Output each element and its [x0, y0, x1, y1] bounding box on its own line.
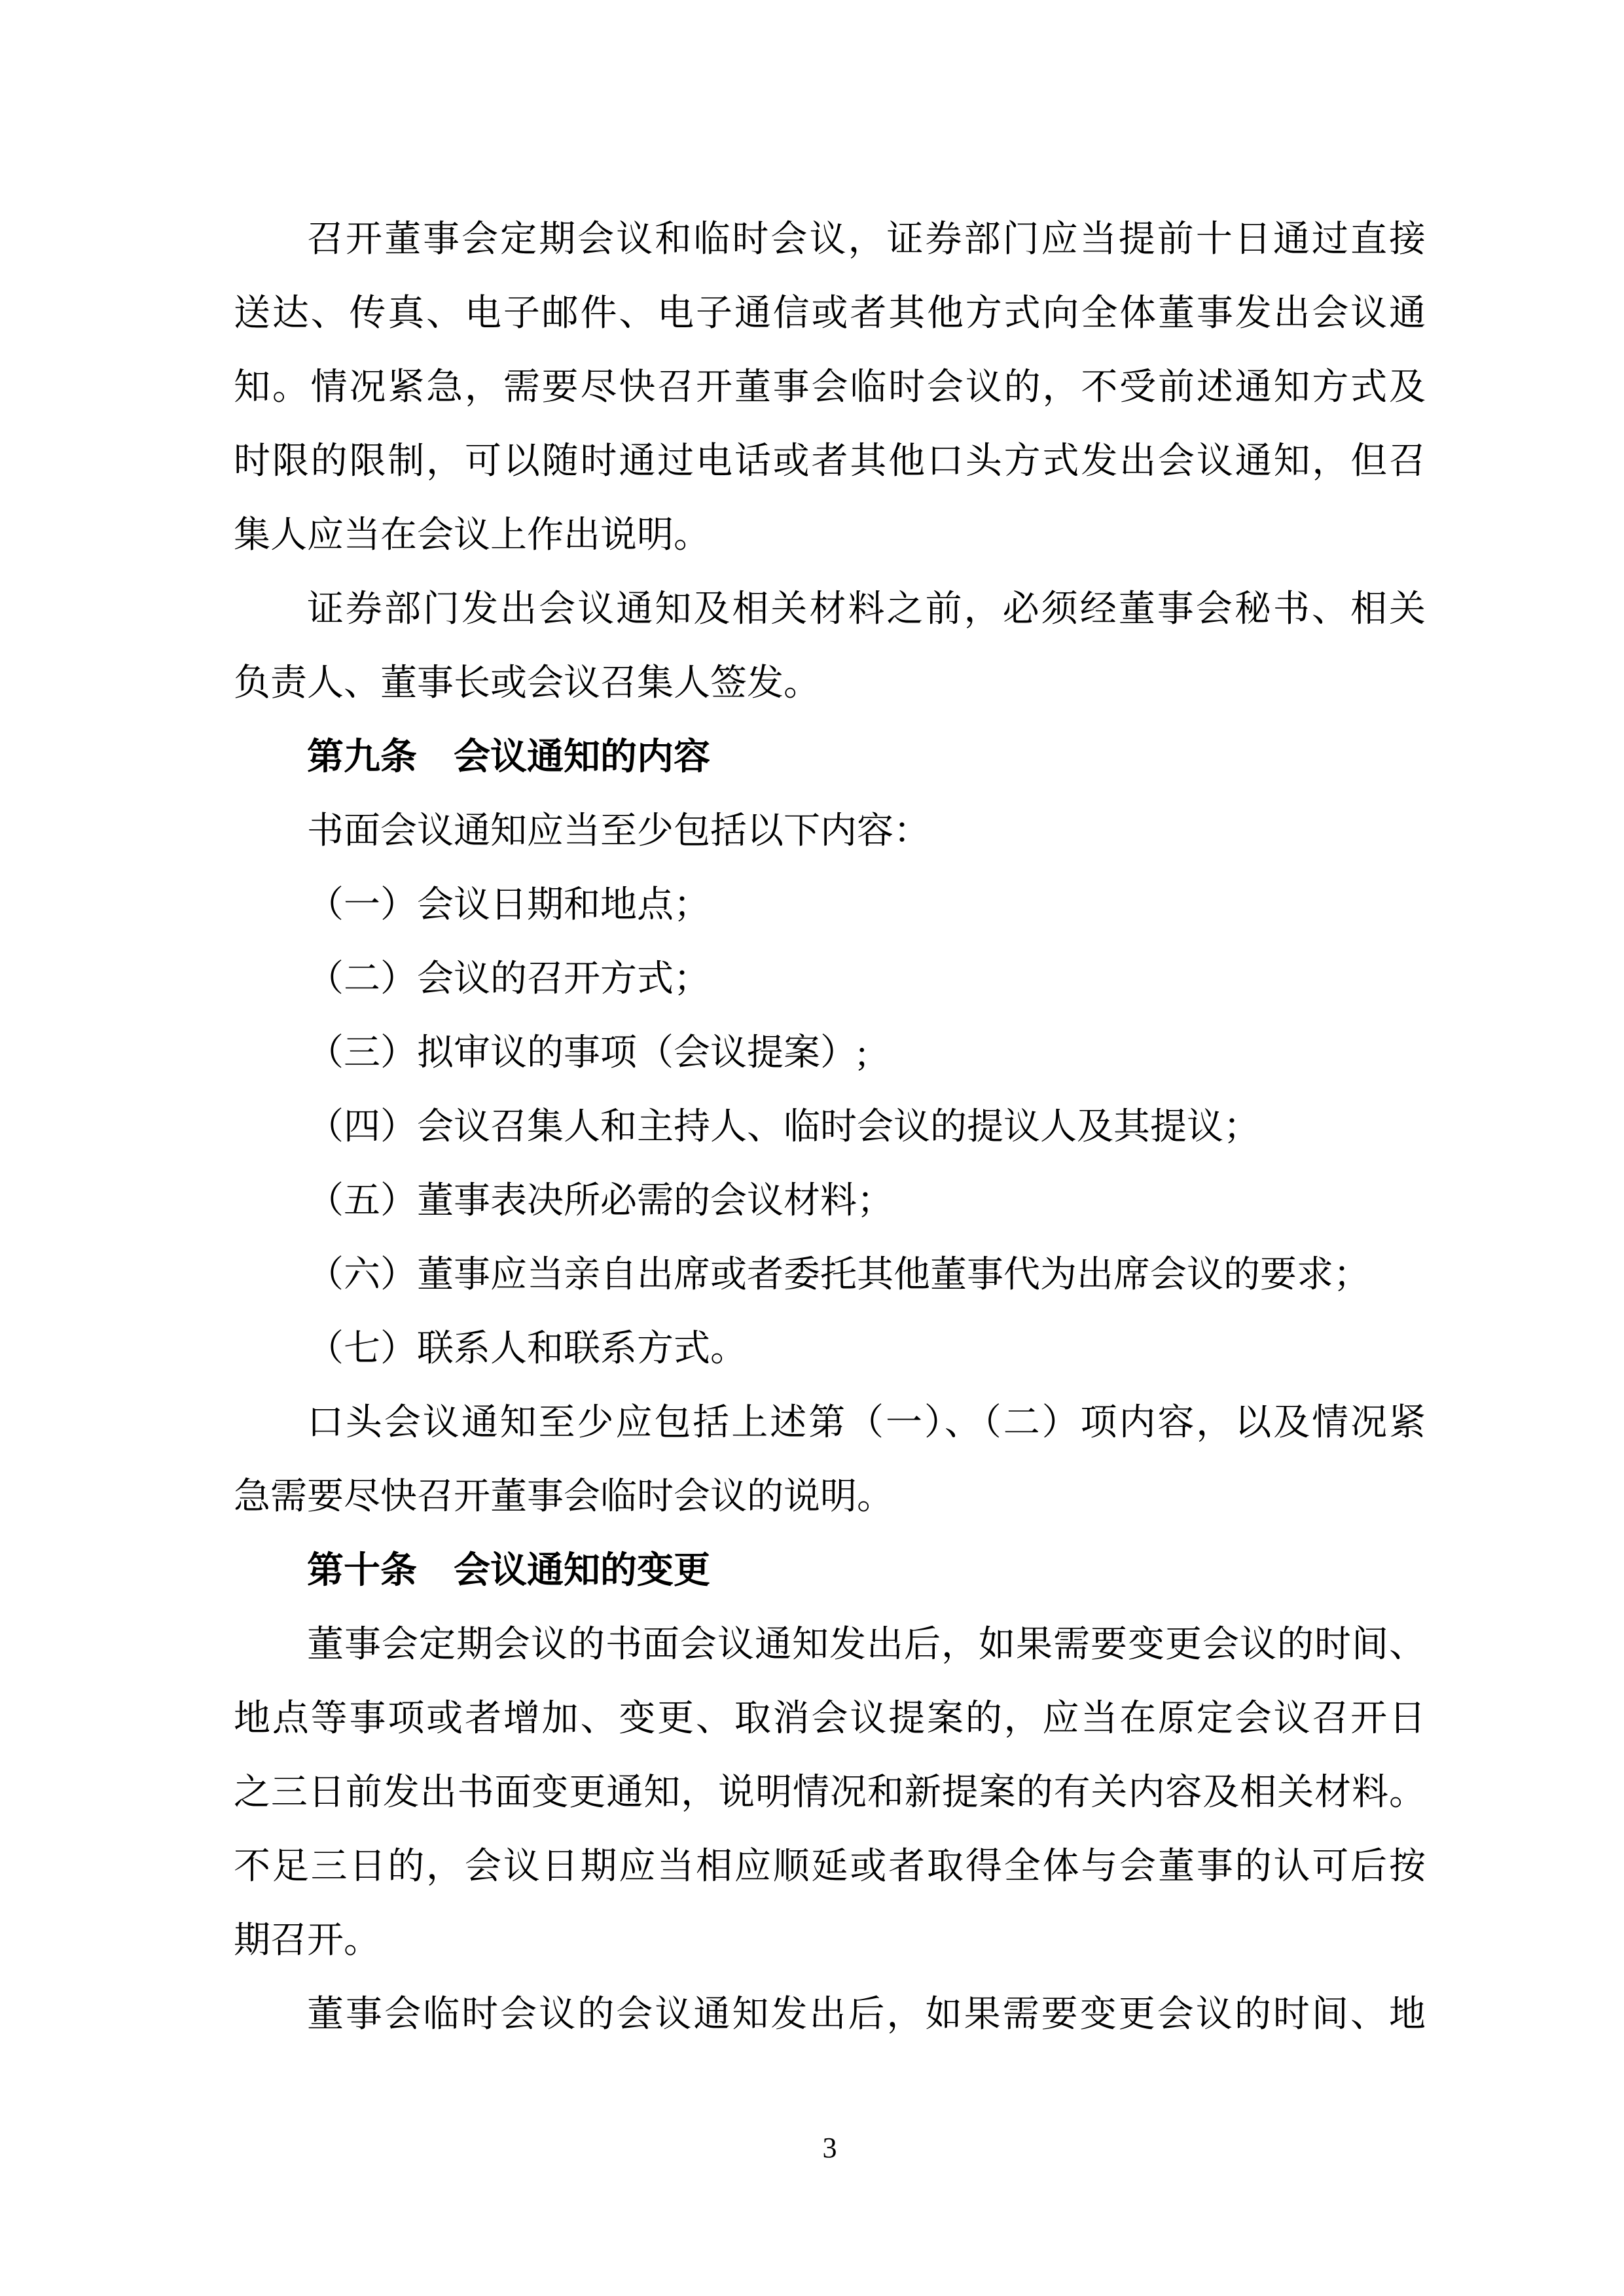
text-line: 送达、传真、电子邮件、电子通信或者其他方式向全体董事发出会议通 [234, 277, 1426, 351]
text-line: 证券部门发出会议通知及相关材料之前，必须经董事会秘书、相关 [234, 573, 1426, 647]
text-line: 召开董事会定期会议和临时会议，证券部门应当提前十日通过直接 [234, 203, 1426, 277]
text-line: 地点等事项或者增加、变更、取消会议提案的，应当在原定会议召开日 [234, 1682, 1426, 1756]
heading-line: 第九条 会议通知的内容 [234, 721, 1426, 795]
list-item-line: （七）联系人和联系方式。 [234, 1312, 1426, 1386]
text-line: 负责人、董事长或会议召集人签发。 [234, 647, 1426, 721]
list-item-line: （四）会议召集人和主持人、临时会议的提议人及其提议； [234, 1090, 1426, 1164]
text-line: 之三日前发出书面变更通知，说明情况和新提案的有关内容及相关材料。 [234, 1756, 1426, 1830]
list-item-line: （二）会议的召开方式； [234, 942, 1426, 1016]
list-item-line: （六）董事应当亲自出席或者委托其他董事代为出席会议的要求； [234, 1238, 1426, 1312]
text-line: 书面会议通知应当至少包括以下内容： [234, 795, 1426, 869]
text-line: 期召开。 [234, 1904, 1426, 1978]
document-body: 召开董事会定期会议和临时会议，证券部门应当提前十日通过直接 送达、传真、电子邮件… [234, 203, 1426, 2052]
text-line: 董事会定期会议的书面会议通知发出后，如果需要变更会议的时间、 [234, 1608, 1426, 1682]
page: 召开董事会定期会议和临时会议，证券部门应当提前十日通过直接 送达、传真、电子邮件… [0, 0, 1624, 2296]
text-line: 知。情况紧急，需要尽快召开董事会临时会议的，不受前述通知方式及 [234, 351, 1426, 425]
list-item-line: （一）会议日期和地点； [234, 869, 1426, 942]
page-number: 3 [234, 2128, 1426, 2168]
text-line: 急需要尽快召开董事会临时会议的说明。 [234, 1460, 1426, 1534]
text-line: 董事会临时会议的会议通知发出后，如果需要变更会议的时间、地 [234, 1978, 1426, 2052]
text-line: 不足三日的，会议日期应当相应顺延或者取得全体与会董事的认可后按 [234, 1830, 1426, 1904]
text-line: 集人应当在会议上作出说明。 [234, 499, 1426, 573]
list-item-line: （三）拟审议的事项（会议提案）; [234, 1016, 1426, 1090]
heading-line: 第十条 会议通知的变更 [234, 1534, 1426, 1608]
list-item-line: （五）董事表决所必需的会议材料； [234, 1164, 1426, 1238]
text-line: 口头会议通知至少应包括上述第（一）、（二）项内容，以及情况紧 [234, 1386, 1426, 1460]
text-line: 时限的限制，可以随时通过电话或者其他口头方式发出会议通知，但召 [234, 425, 1426, 499]
